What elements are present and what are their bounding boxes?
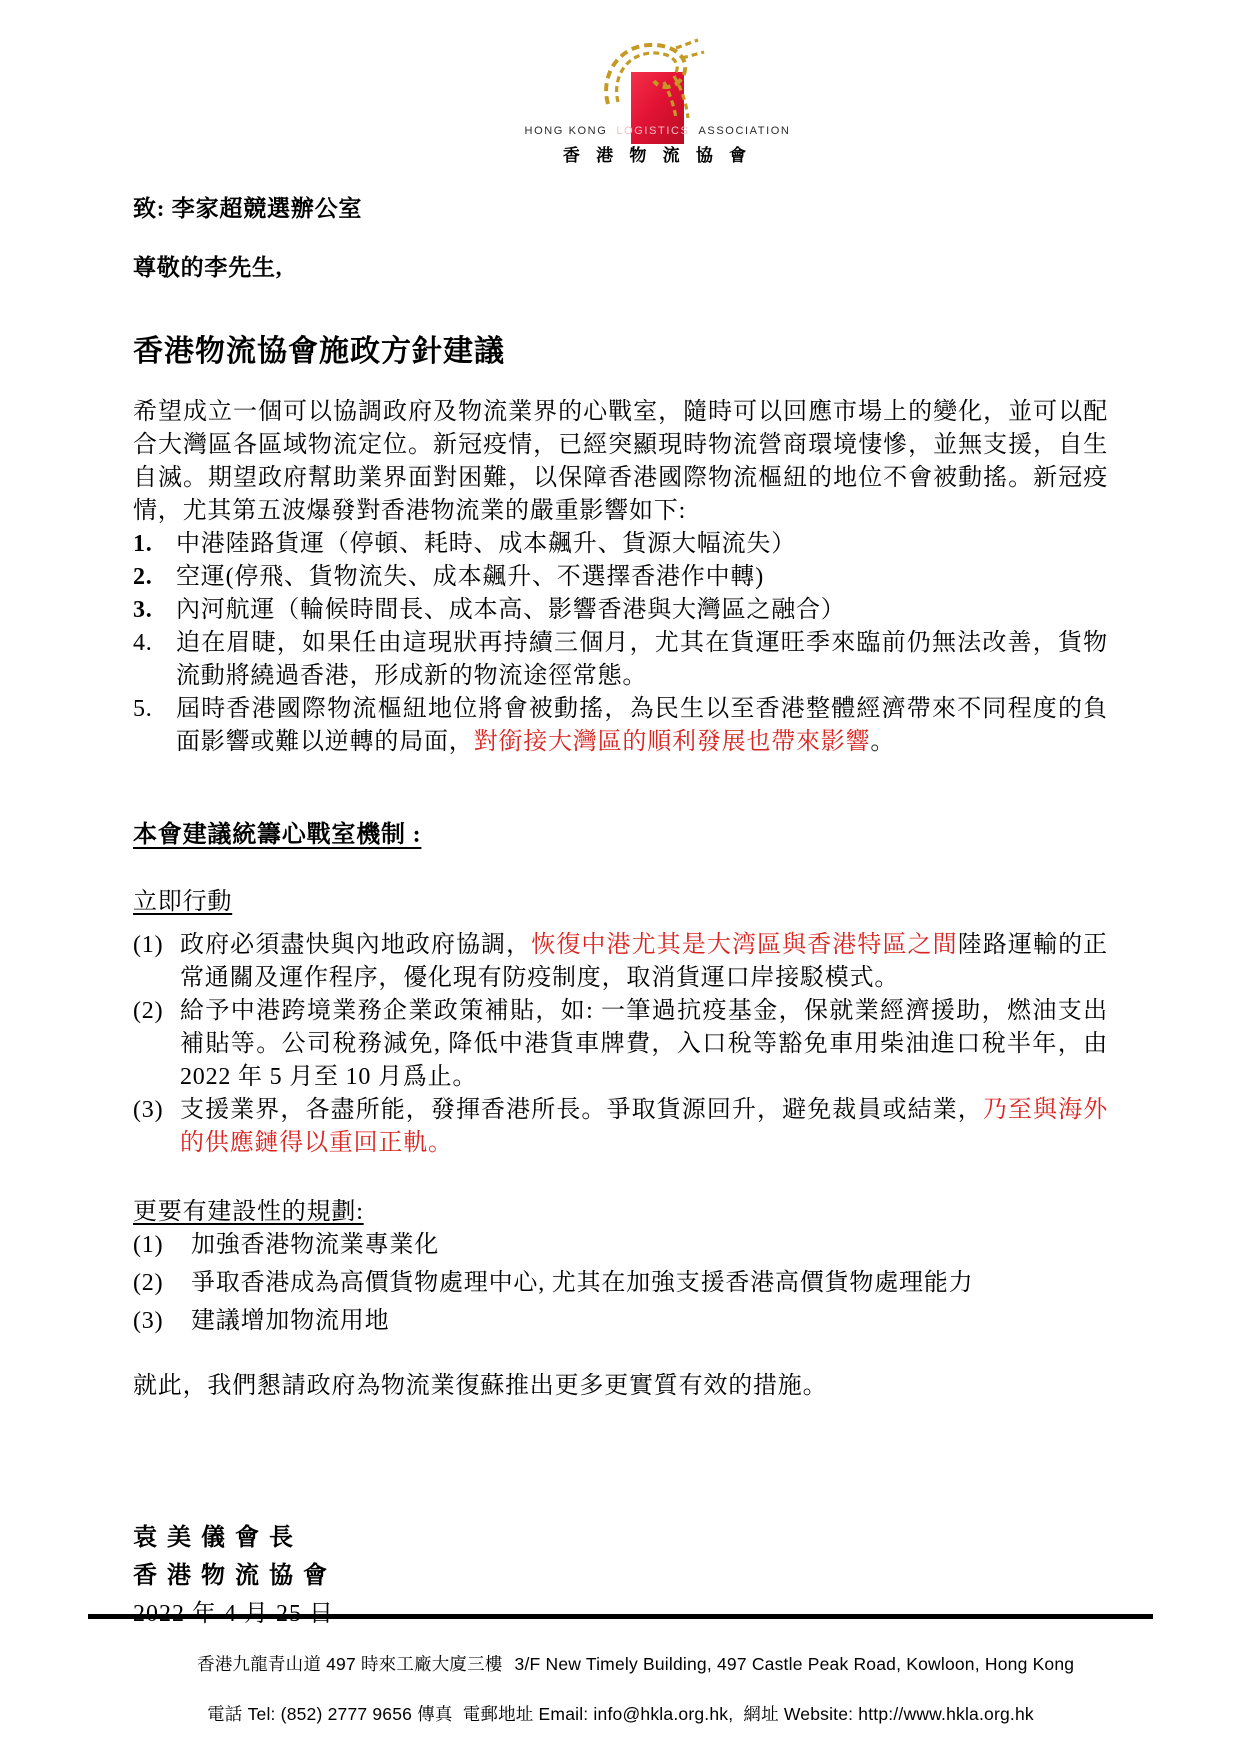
signer-organization: 香港物流協會: [133, 1557, 1108, 1595]
footer-address-zh: 香港九龍青山道 497 時來工廠大廈三樓: [197, 1654, 502, 1674]
action-number-2: (2): [133, 995, 180, 1094]
impact-text-5-after: 。: [870, 729, 895, 755]
letter-content: 致: 李家超競選辦公室 尊敬的李先生, 香港物流協會施政方針建議 希望成立一個可…: [0, 192, 1241, 1633]
impact-list: 1. 中港陸路貨運（停頓、耗時、成本飆升、貨源大幅流失） 2. 空運(停飛、貨物…: [133, 528, 1108, 759]
logo-org-name-zh: 香 港 物 流 協 會: [498, 144, 818, 168]
plan-number-3: (3): [133, 1305, 191, 1338]
action-text-3: 支援業界，各盡所能，發揮香港所長。爭取貨源回升，避免裁員或結業，乃至與海外的供應…: [180, 1094, 1108, 1160]
action-text-3-black: 支援業界，各盡所能，發揮香港所長。爭取貨源回升，避免裁員或結業，: [180, 1097, 983, 1123]
letter-title: 香港物流協會施政方針建議: [133, 332, 1108, 372]
footer-address-en: 3/F New Timely Building, 497 Castle Peak…: [515, 1654, 1075, 1674]
logo-en-logistics: LOGISTICS: [616, 124, 689, 138]
footer-address-line: 香港九龍青山道 497 時來工廠大廈三樓3/F New Timely Build…: [0, 1627, 1241, 1702]
salutation-line: 尊敬的李先生,: [133, 251, 1108, 284]
impact-text-2: 空運(停飛、貨物流失、成本飆升、不選擇香港作中轉): [176, 561, 1108, 594]
plan-item-2: (2) 爭取香港成為高價貨物處理中心, 尤其在加強支援香港高價貨物處理能力: [133, 1267, 1108, 1300]
mechanism-heading: 本會建議統籌心戰室機制 :: [133, 819, 1108, 852]
action-number-3: (3): [133, 1094, 180, 1160]
intro-paragraph: 希望成立一個可以協調政府及物流業界的心戰室，隨時可以回應市場上的變化，並可以配合…: [133, 396, 1108, 528]
impact-number-2: 2.: [133, 561, 176, 594]
impact-text-5: 屆時香港國際物流樞紐地位將會被動搖，為民生以至香港整體經濟帶來不同程度的負面影響…: [176, 693, 1108, 759]
impact-text-3: 內河航運（輪候時間長、成本高、影響香港與大灣區之融合）: [176, 594, 1108, 627]
plan-item-1: (1) 加強香港物流業專業化: [133, 1229, 1108, 1262]
impact-text-5-red: 對銜接大灣區的順利發展也帶來影響: [474, 729, 871, 755]
impact-item-1: 1. 中港陸路貨運（停頓、耗時、成本飆升、貨源大幅流失）: [133, 528, 1108, 561]
recipient-line: 致: 李家超競選辦公室: [133, 192, 1108, 225]
action-number-1: (1): [133, 929, 180, 995]
action-text-1-red: 恢復中港尤其是大湾區與香港特區之間: [531, 932, 958, 958]
action-item-1: (1) 政府必須盡快與內地政府協調，恢復中港尤其是大湾區與香港特區之間陸路運輸的…: [133, 929, 1108, 995]
action-text-2: 給予中港跨境業務企業政策補貼，如: 一筆過抗疫基金，保就業經濟援助，燃油支出補貼…: [180, 995, 1108, 1094]
signer-name-title: 袁美儀會長: [133, 1519, 1108, 1557]
impact-text-4: 迫在眉睫，如果任由這現狀再持續三個月，尤其在貨運旺季來臨前仍無法改善，貨物流動將…: [176, 627, 1108, 693]
action-text-1-black: 政府必須盡快與內地政府協調，: [180, 932, 531, 958]
hkla-logo: HONG KONG LOGISTICS ASSOCIATION 香 港 物 流 …: [558, 32, 758, 180]
impact-item-2: 2. 空運(停飛、貨物流失、成本飆升、不選擇香港作中轉): [133, 561, 1108, 594]
logo-org-name-en: HONG KONG LOGISTICS ASSOCIATION: [498, 124, 818, 138]
plan-list: (1) 加強香港物流業專業化 (2) 爭取香港成為高價貨物處理中心, 尤其在加強…: [133, 1229, 1108, 1338]
impact-item-5: 5. 屆時香港國際物流樞紐地位將會被動搖，為民生以至香港整體經濟帶來不同程度的負…: [133, 693, 1108, 759]
swirl-head-dash-1: [676, 40, 698, 48]
impact-number-1: 1.: [133, 528, 176, 561]
impact-number-5: 5.: [133, 693, 176, 759]
impact-item-3: 3. 內河航運（輪候時間長、成本高、影響香港與大灣區之融合）: [133, 594, 1108, 627]
impact-number-4: 4.: [133, 627, 176, 693]
plan-item-3: (3) 建議增加物流用地: [133, 1305, 1108, 1338]
swirl-head-dash-2: [682, 52, 704, 58]
action-text-1: 政府必須盡快與內地政府協調，恢復中港尤其是大湾區與香港特區之間陸路運輸的正常通關…: [180, 929, 1108, 995]
action-item-3: (3) 支援業界，各盡所能，發揮香港所長。爭取貨源回升，避免裁員或結業，乃至與海…: [133, 1094, 1108, 1160]
logo-en-association: ASSOCIATION: [698, 124, 790, 138]
logo-en-hongkong: HONG KONG: [525, 124, 608, 138]
footer-divider: [88, 1614, 1153, 1619]
plan-number-1: (1): [133, 1229, 191, 1262]
footer-contact-line: 電話 Tel: (852) 2777 9656 傳真 電郵地址 Email: i…: [0, 1702, 1241, 1727]
planning-heading: 更要有建設性的規劃:: [133, 1196, 1108, 1229]
impact-number-3: 3.: [133, 594, 176, 627]
impact-text-1: 中港陸路貨運（停頓、耗時、成本飆升、貨源大幅流失）: [176, 528, 1108, 561]
plan-text-2: 爭取香港成為高價貨物處理中心, 尤其在加強支援香港高價貨物處理能力: [191, 1267, 1108, 1300]
impact-item-4: 4. 迫在眉睫，如果任由這現狀再持續三個月，尤其在貨運旺季來臨前仍無法改善，貨物…: [133, 627, 1108, 693]
letterhead-footer: 香港九龍青山道 497 時來工廠大廈三樓3/F New Timely Build…: [0, 1614, 1241, 1727]
immediate-action-heading: 立即行動: [133, 886, 1108, 919]
letter-page: HONG KONG LOGISTICS ASSOCIATION 香 港 物 流 …: [0, 0, 1241, 1755]
action-list: (1) 政府必須盡快與內地政府協調，恢復中港尤其是大湾區與香港特區之間陸路運輸的…: [133, 929, 1108, 1160]
closing-paragraph: 就此，我們懇請政府為物流業復蘇推出更多更實質有效的措施。: [133, 1370, 1108, 1403]
plan-text-1: 加強香港物流業專業化: [191, 1229, 1108, 1262]
plan-text-3: 建議增加物流用地: [191, 1305, 1108, 1338]
action-item-2: (2) 給予中港跨境業務企業政策補貼，如: 一筆過抗疫基金，保就業經濟援助，燃油…: [133, 995, 1108, 1094]
plan-number-2: (2): [133, 1267, 191, 1300]
